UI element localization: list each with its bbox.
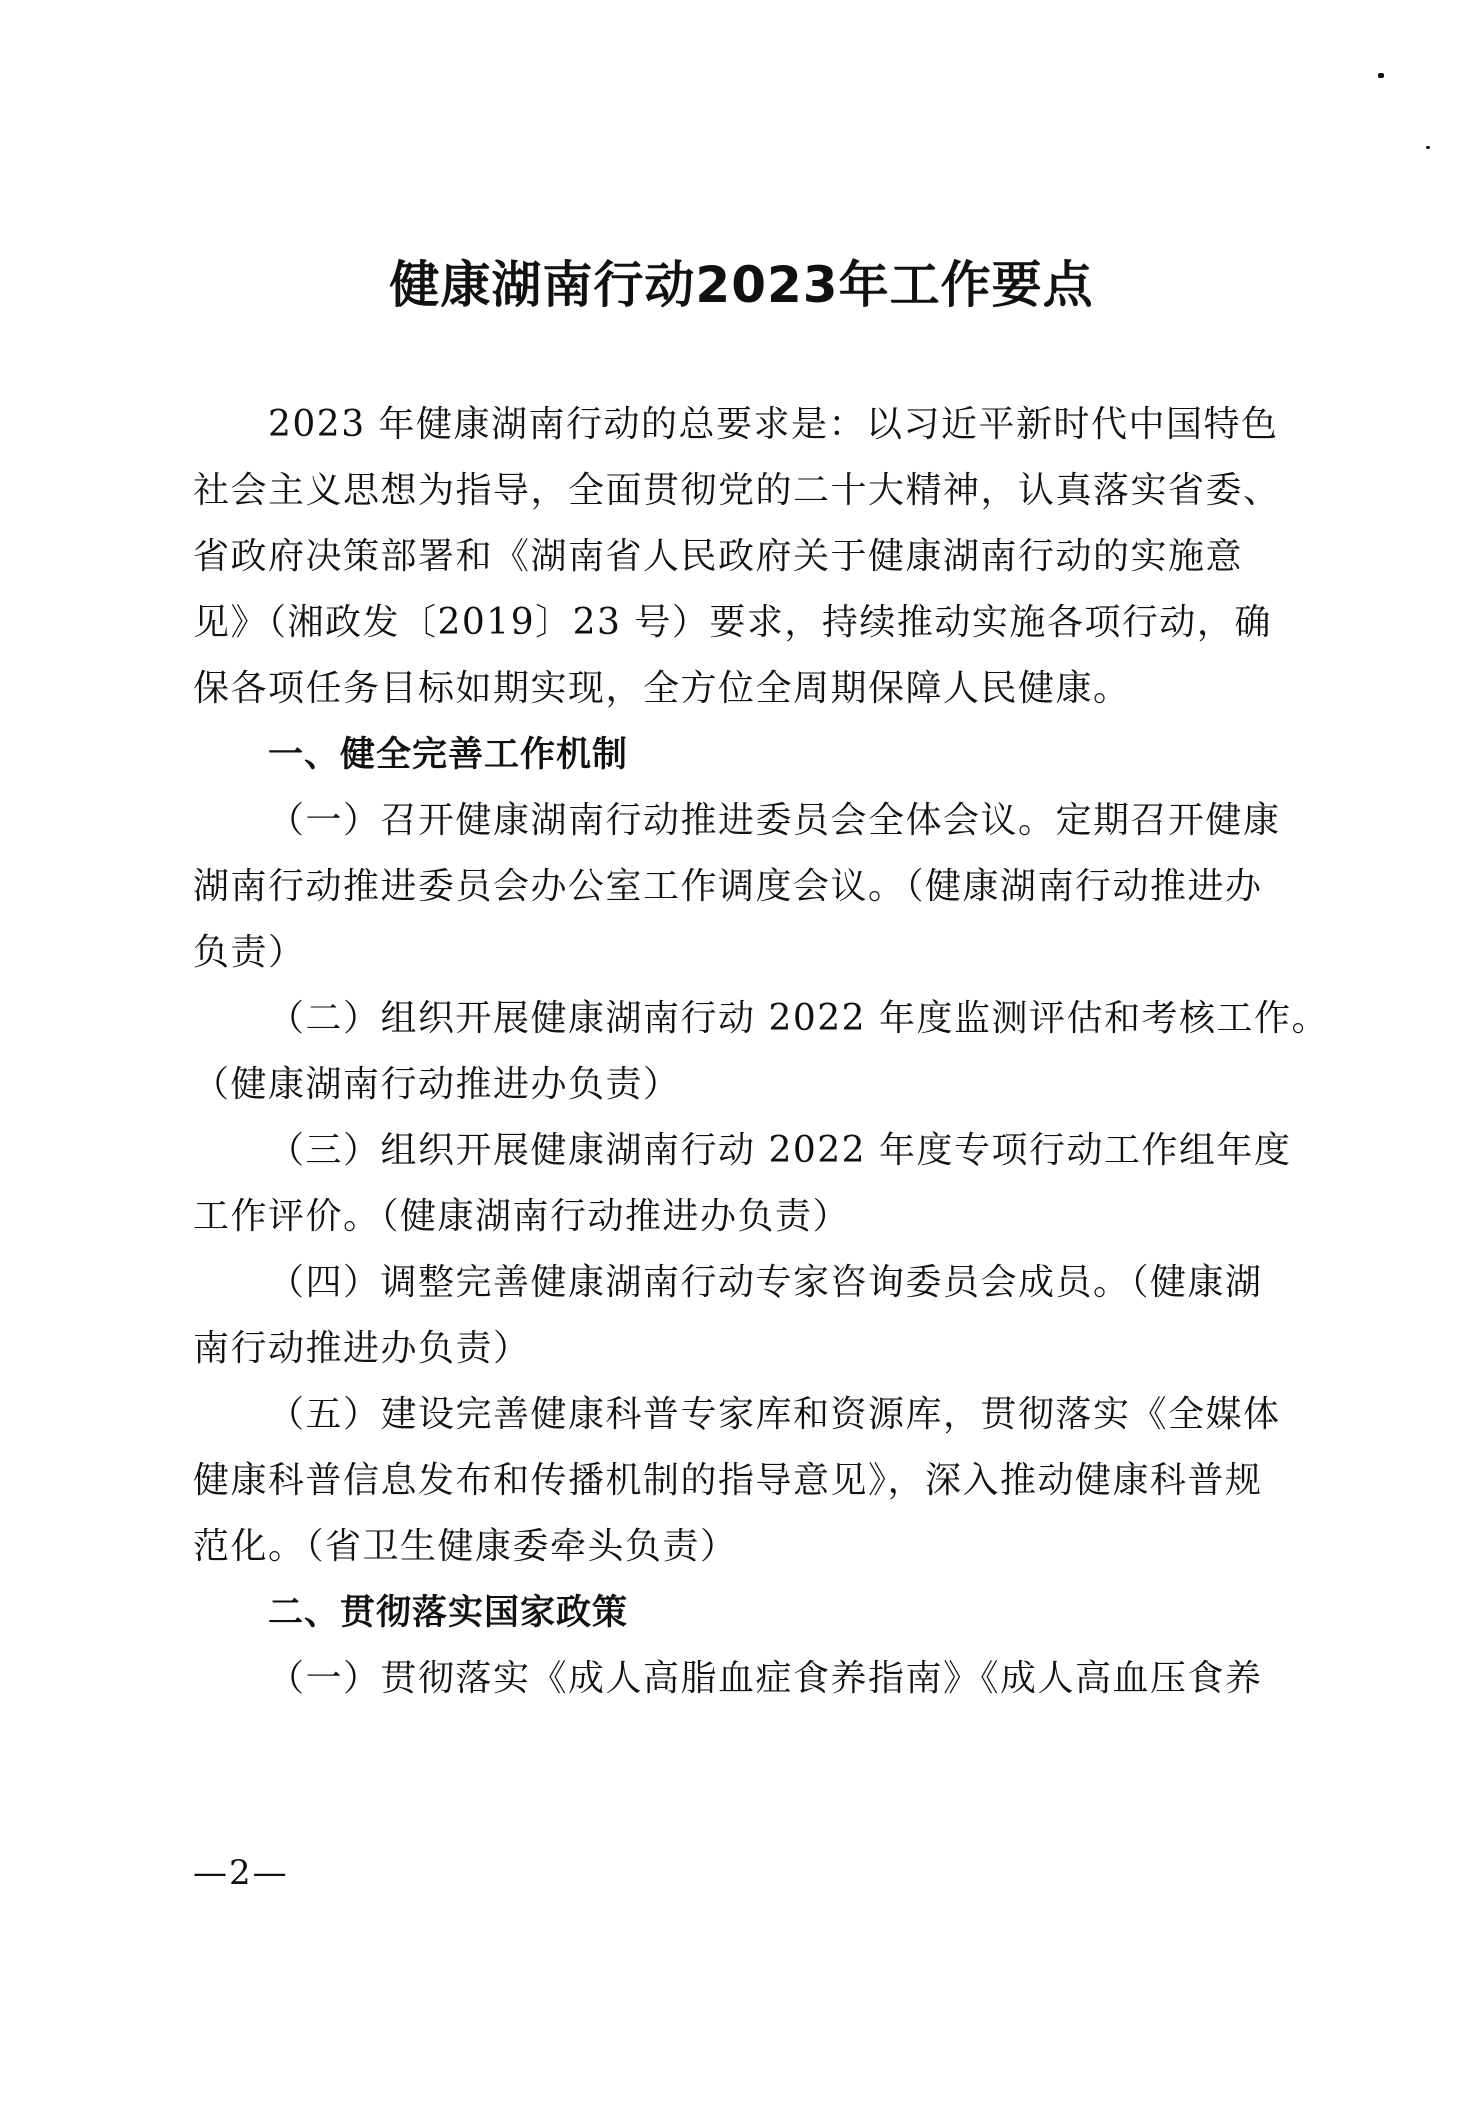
document-title: 健康湖南行动2023年工作要点 [0,250,1483,320]
paragraph-line: （四）调整完善健康湖南行动专家咨询委员会成员。（健康湖 [268,1258,1263,1308]
paragraph-line: 工作评价。（健康湖南行动推进办负责） [193,1192,850,1242]
paragraph-line: （五）建设完善健康科普专家库和资源库，贯彻落实《全媒体 [268,1390,1281,1440]
paragraph-line: 省政府决策部署和《湖南省人民政府关于健康湖南行动的实施意 [193,532,1243,582]
section-heading-2: 二、贯彻落实国家政策 [268,1588,628,1638]
scan-speck [1378,73,1384,78]
paragraph-line: 2023 年健康湖南行动的总要求是：以习近平新时代中国特色 [268,400,1279,450]
paragraph-line: 湖南行动推进委员会办公室工作调度会议。（健康湖南行动推进办 [193,862,1263,912]
paragraph-line: 保各项任务目标如期实现，全方位全周期保障人民健康。 [193,664,1131,714]
paragraph-line: 南行动推进办负责） [193,1324,531,1374]
scan-speck [1426,146,1430,149]
paragraph-line: （一）召开健康湖南行动推进委员会全体会议。定期召开健康 [268,796,1281,846]
document-page: 健康湖南行动2023年工作要点 2023 年健康湖南行动的总要求是：以习近平新时… [0,0,1483,2107]
section-heading-1: 一、健全完善工作机制 [268,730,628,780]
paragraph-line: 负责） [193,928,306,978]
paragraph-line: （健康湖南行动推进办负责） [193,1060,681,1110]
paragraph-line: 范化。（省卫生健康委牵头负责） [193,1522,738,1572]
paragraph-line: 见》（湘政发〔2019〕23 号）要求，持续推动实施各项行动，确 [193,598,1272,648]
paragraph-line: （三）组织开展健康湖南行动 2022 年度专项行动工作组年度 [268,1126,1292,1176]
paragraph-line: （一）贯彻落实《成人高脂血症食养指南》《成人高血压食养 [268,1654,1263,1704]
paragraph-line: 社会主义思想为指导，全面贯彻党的二十大精神，认真落实省委、 [193,466,1281,516]
paragraph-line: （二）组织开展健康湖南行动 2022 年度监测评估和考核工作。 [268,994,1329,1044]
page-number: —2— [193,1848,289,1898]
paragraph-line: 健康科普信息发布和传播机制的指导意见》，深入推动健康科普规 [193,1456,1263,1506]
